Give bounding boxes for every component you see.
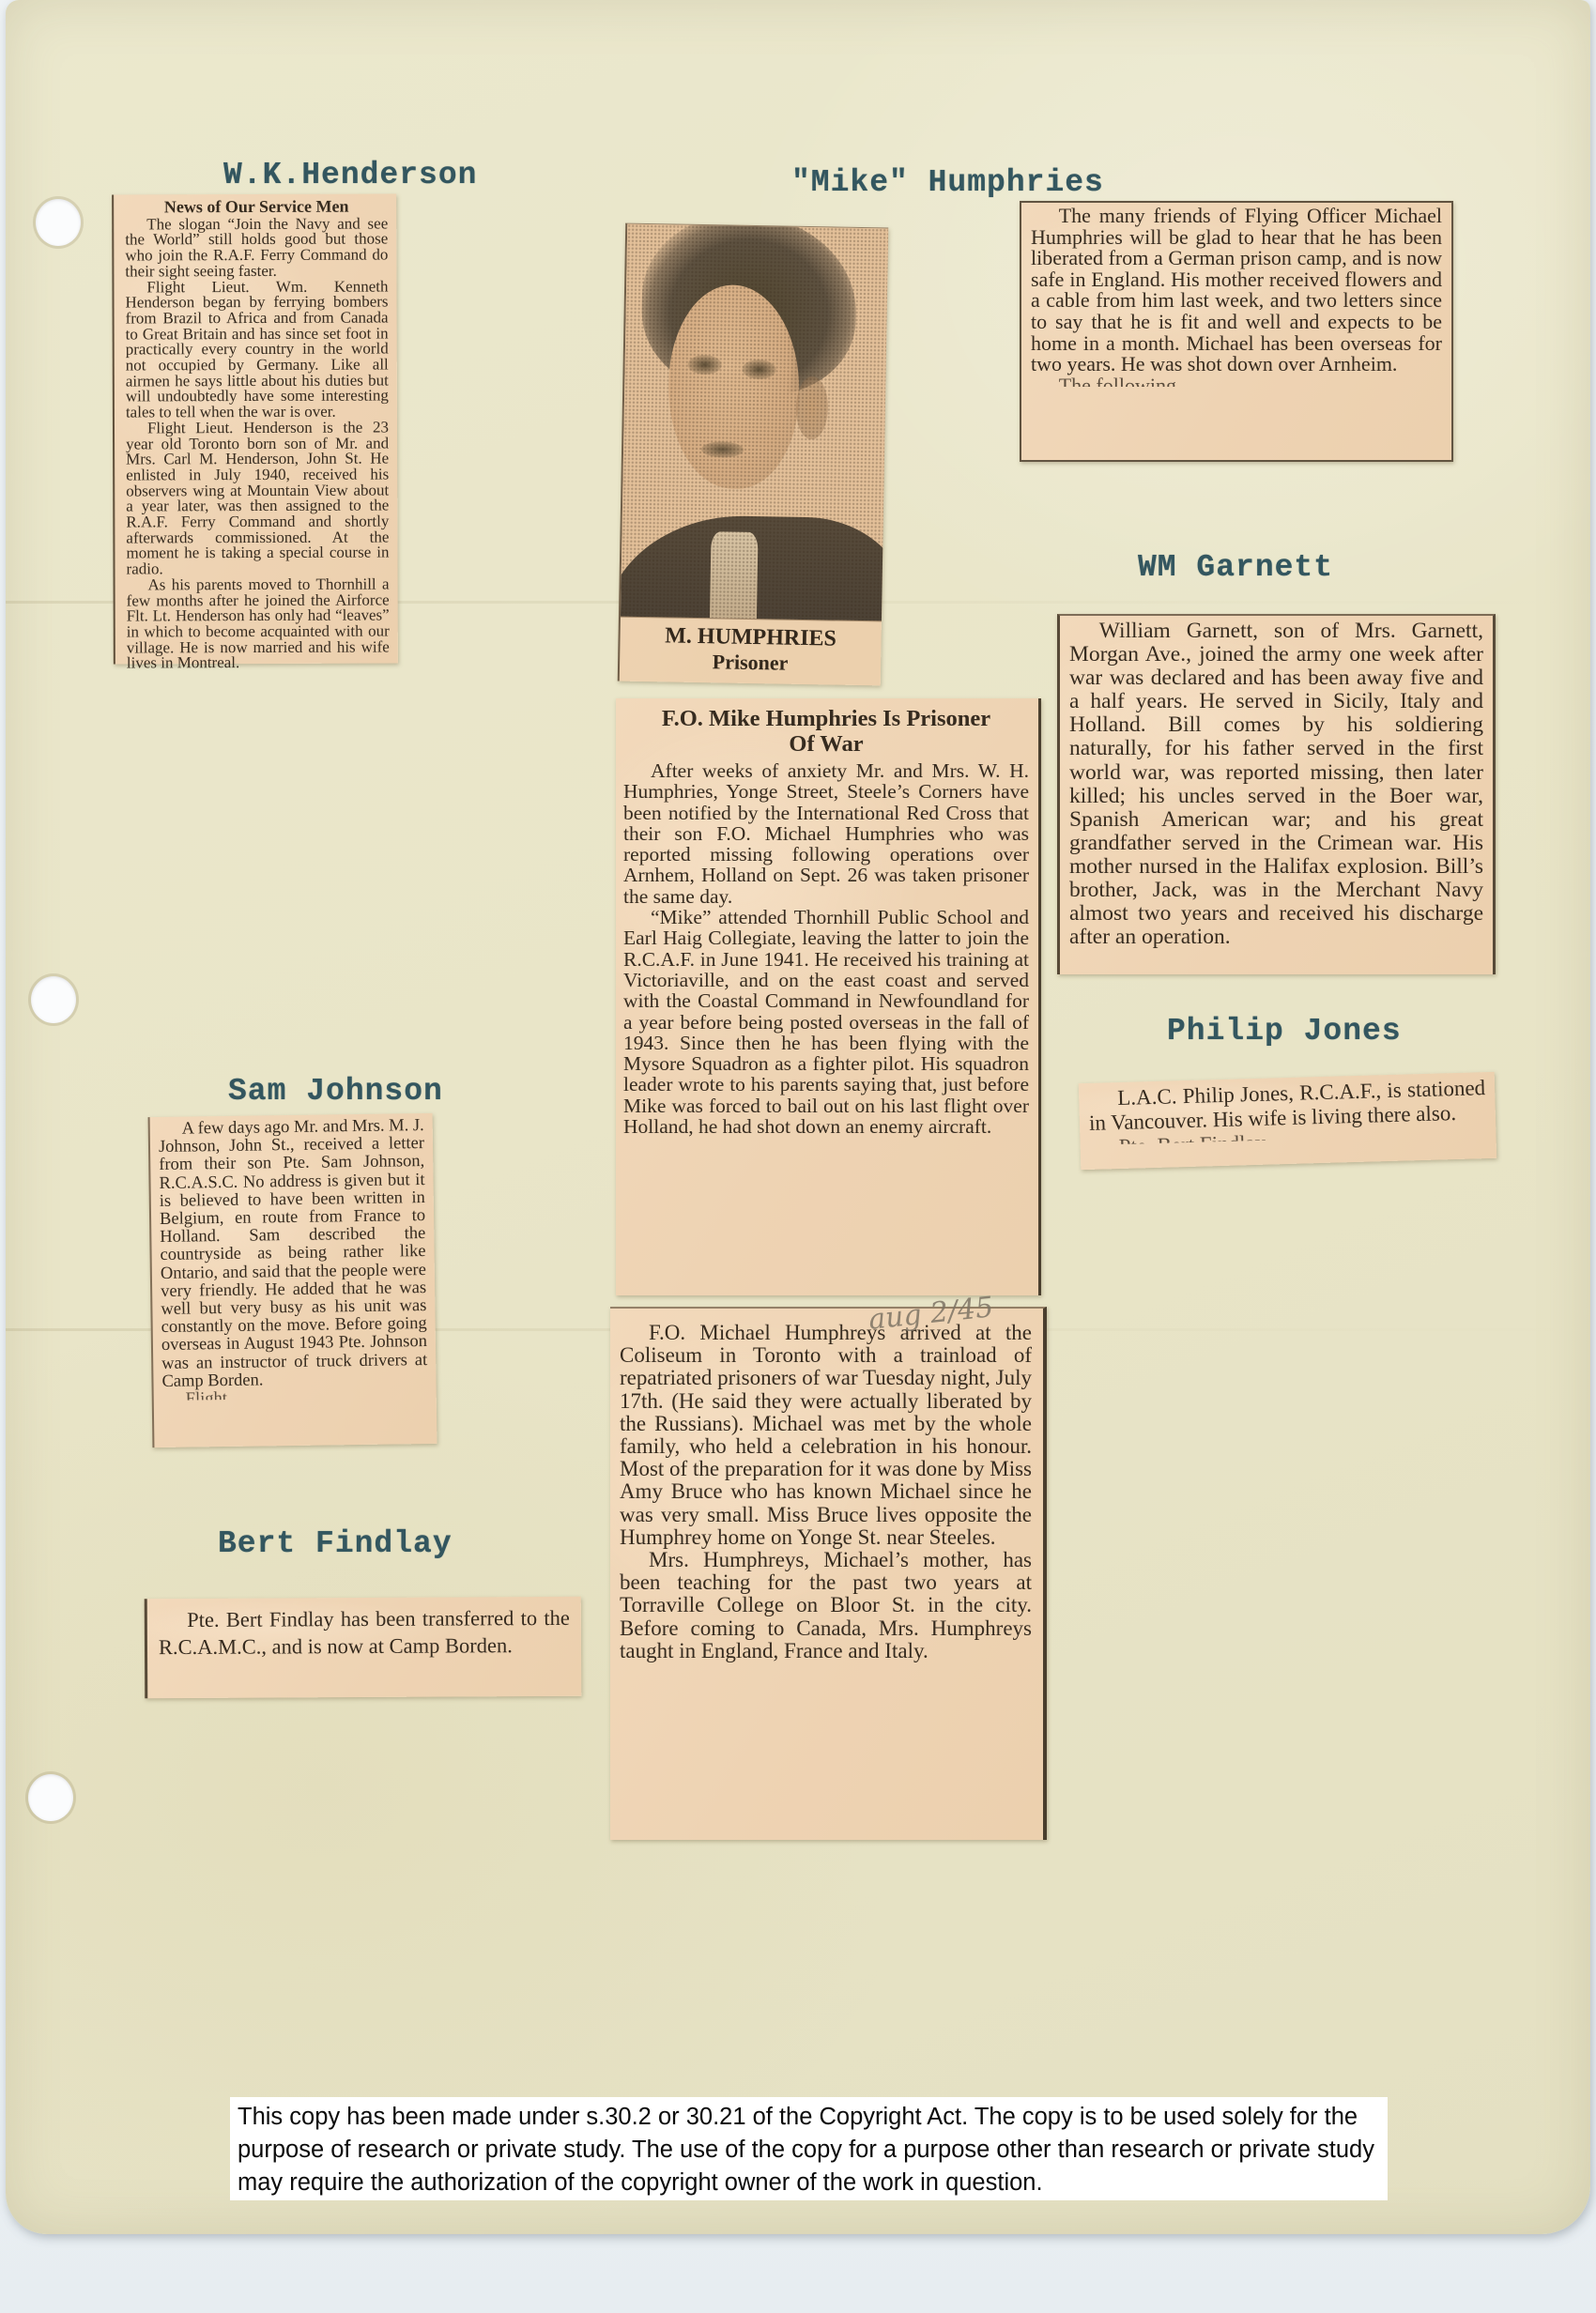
truncated-line: The following — [1031, 375, 1442, 387]
label-wm-garnett: WM Garnett — [1138, 550, 1333, 585]
punch-hole — [36, 199, 81, 246]
label-bert-findlay: Bert Findlay — [218, 1526, 453, 1561]
clipping-paragraph: The slogan “Join the Navy and see the Wo… — [125, 216, 388, 280]
clipping-paragraph: F.O. Michael Humphreys arrived at the Co… — [620, 1322, 1032, 1549]
clipping-news-of-our-service-men: News of Our Service Men The slogan “Join… — [112, 193, 398, 664]
clipping-sam-johnson: A few days ago Mr. and Mrs. M. J. Johnso… — [148, 1113, 437, 1448]
label-sam-johnson: Sam Johnson — [228, 1074, 443, 1109]
clipping-humphries-liberated: The many friends of Flying Officer Micha… — [1020, 201, 1453, 462]
clipping-paragraph: Mrs. Humphreys, Michael’s mother, has be… — [620, 1549, 1032, 1662]
copyright-notice: This copy has been made under s.30.2 or … — [230, 2097, 1388, 2200]
clipping-wm-garnett: William Garnett, son of Mrs. Garnett, Mo… — [1057, 614, 1496, 974]
clipping-paragraph: After weeks of anxiety Mr. and Mrs. W. H… — [623, 760, 1029, 907]
clipping-headline: F.O. Mike Humphries Is Prisoner Of War — [650, 706, 1003, 757]
label-wk-henderson: W.K.Henderson — [223, 158, 477, 192]
clipping-paragraph: William Garnett, son of Mrs. Garnett, Mo… — [1069, 620, 1483, 949]
clipping-paragraph: As his parents moved to Thornhill a few … — [127, 576, 390, 671]
label-philip-jones: Philip Jones — [1167, 1014, 1402, 1049]
scanned-scrapbook-page: { "labels": { "henderson": "W.K.Henderso… — [0, 0, 1596, 2313]
clipping-humphreys-arrived: F.O. Michael Humphreys arrived at the Co… — [610, 1307, 1047, 1840]
portrait-photo — [621, 224, 888, 622]
clipping-paragraph: Flight Lieut. Wm. Kenneth Henderson bega… — [125, 279, 389, 421]
halftone-overlay — [621, 224, 888, 621]
clipping-paragraph: Flight Lieut. Henderson is the 23 year o… — [126, 420, 390, 577]
photo-clipping: M. HUMPHRIES Prisoner — [618, 223, 888, 686]
clipping-humphries-prisoner: F.O. Mike Humphries Is Prisoner Of War A… — [616, 698, 1041, 1295]
photo-caption-role: Prisoner — [620, 649, 881, 678]
label-mike-humphries: "Mike" Humphries — [791, 165, 1104, 200]
clipping-paragraph: The many friends of Flying Officer Micha… — [1031, 206, 1442, 375]
clipping-heading: News of Our Service Men — [125, 199, 388, 216]
clipping-bert-findlay: Pte. Bert Findlay has been transferred t… — [145, 1597, 582, 1698]
clipping-philip-jones: L.A.C. Philip Jones, R.C.A.F., is statio… — [1079, 1072, 1496, 1170]
clipping-paragraph: Pte. Bert Findlay has been transferred t… — [159, 1604, 570, 1661]
clipping-paragraph: “Mike” attended Thornhill Public School … — [623, 907, 1029, 1137]
punch-hole — [28, 1774, 73, 1821]
clipping-paragraph: A few days ago Mr. and Mrs. M. J. Johnso… — [159, 1117, 428, 1391]
punch-hole — [31, 976, 76, 1023]
